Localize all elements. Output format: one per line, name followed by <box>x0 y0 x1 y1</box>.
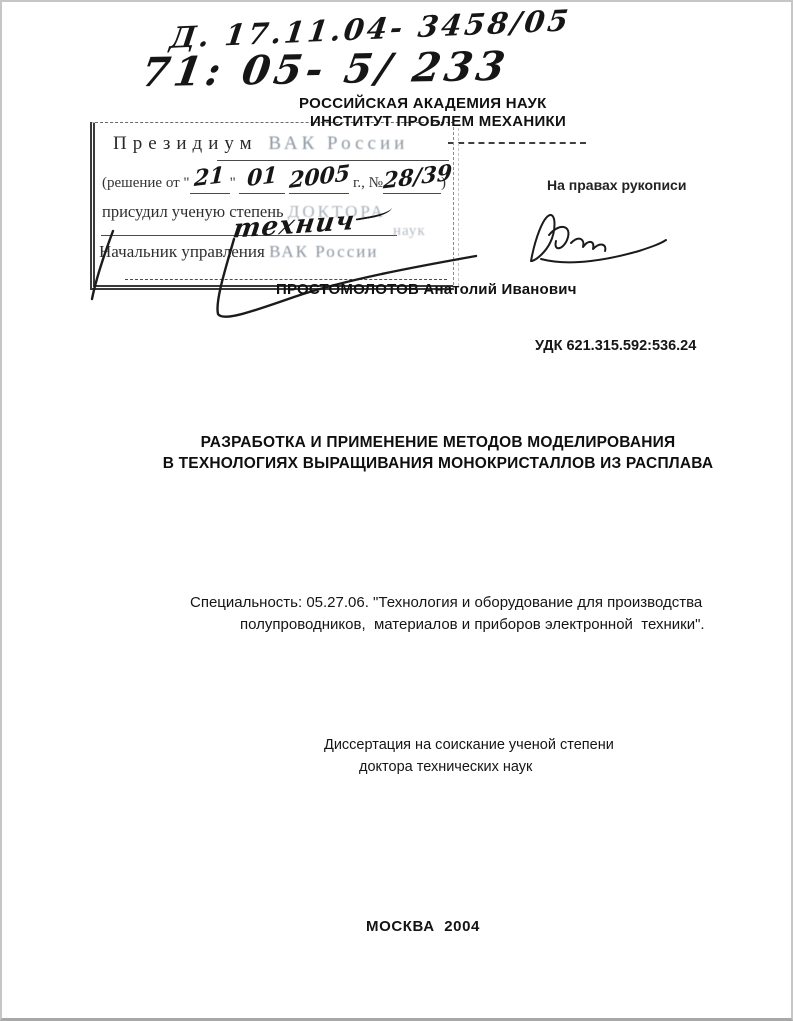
handwritten-catalog-number: 71: 05- 5/ 233 <box>138 43 512 97</box>
decision-suffix: г., № <box>353 175 383 191</box>
org-name-line: РОССИЙСКАЯ АКАДЕМИЯ НАУК <box>299 95 547 112</box>
author-signature <box>519 209 669 269</box>
stamp-presidium-faded: ВАК России <box>268 133 408 154</box>
author-name: ПРОСТОМОЛОТОВ Анатолий Иванович <box>276 281 577 298</box>
manuscript-rights-note: На правах рукописи <box>547 177 686 193</box>
stamp-dashed-extension-line <box>448 142 586 144</box>
decision-month-blank: 01 <box>239 167 285 194</box>
scanned-title-page: Д. 17.11.04- 3458/05 71: 05- 5/ 233 РОСС… <box>0 0 793 1021</box>
stamp-decision-line: (решение от "21" 01 2005 г., №28/39) <box>102 167 446 194</box>
decision-year-blank: 2005 <box>289 167 349 194</box>
pen-flourish <box>356 202 393 220</box>
specialty-line-2: полупроводников, материалов и приборов э… <box>240 616 705 633</box>
dissertation-statement-line-1: Диссертация на соискание ученой степени <box>324 737 614 753</box>
decision-day-handwritten: 21 <box>194 162 226 192</box>
title-line-2: В ТЕХНОЛОГИЯХ ВЫРАЩИВАНИЯ МОНОКРИСТАЛЛОВ… <box>142 453 734 474</box>
decision-month-handwritten: 01 <box>247 162 279 192</box>
stamp-presidium-line: Президиум ВАК России <box>113 133 408 155</box>
decision-quote: " <box>230 175 236 191</box>
udk-code: УДК 621.315.592:536.24 <box>535 338 696 354</box>
decision-prefix: (решение от " <box>102 175 190 191</box>
institute-name-line: ИНСТИТУТ ПРОБЛЕМ МЕХАНИКИ <box>310 113 566 130</box>
dissertation-statement-line-2: доктора технических наук <box>359 759 532 775</box>
decision-year-handwritten: 2005 <box>289 160 351 194</box>
city-year-footer: МОСКВА 2004 <box>366 918 480 935</box>
dissertation-title: РАЗРАБОТКА И ПРИМЕНЕНИЕ МЕТОДОВ МОДЕЛИРО… <box>142 432 734 474</box>
specialty-line-1: Специальность: 05.27.06. "Технология и о… <box>190 594 702 611</box>
decision-day-blank: 21 <box>190 167 230 194</box>
decision-number-blank: 28/39 <box>383 167 441 194</box>
stamp-presidium-label: Президиум <box>113 133 258 154</box>
title-line-1: РАЗРАБОТКА И ПРИМЕНЕНИЕ МЕТОДОВ МОДЕЛИРО… <box>142 432 734 453</box>
